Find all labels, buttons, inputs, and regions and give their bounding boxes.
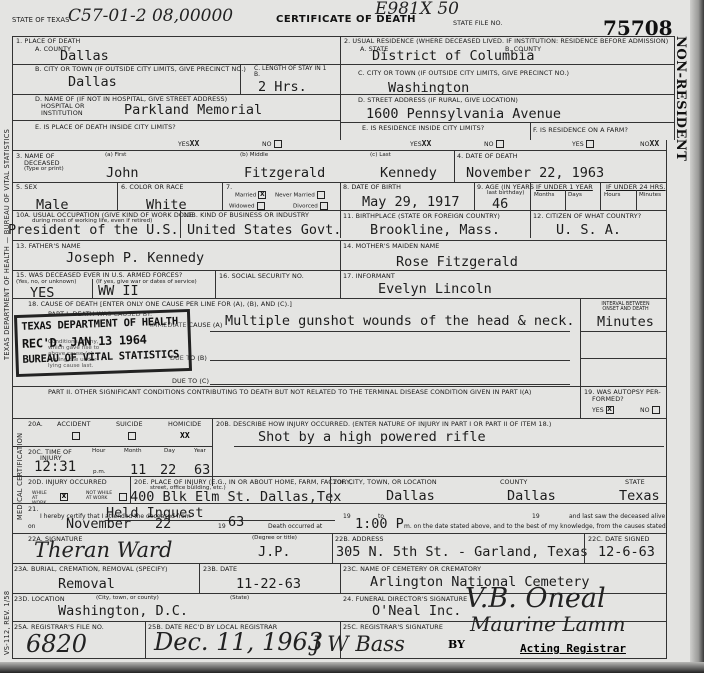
funeral-director-signature: V.B. Oneal [465,585,606,612]
address-label: 22b. ADDRESS [335,536,384,542]
degree: J.P. [258,546,291,560]
cause-label: 18. CAUSE OF DEATH [Enter only one cause… [28,301,292,307]
certification-label: 21. [28,506,38,512]
sex-label: 5. SEX [16,184,37,190]
state-file-label: STATE FILE NO. [453,20,502,26]
registrar-date: Dec. 11, 1963 [154,630,323,654]
manner-label: 20a. [28,421,43,427]
received-stamp: TEXAS DEPARTMENT OF HEALTH REC'D. JAN 13… [14,309,192,377]
month-label: Month [124,449,142,455]
city-label: b. CITY OR TOWN (If outside city limits,… [35,66,246,72]
nineteen-label-3: 19 [218,524,226,530]
not-while-at-work-checkbox [119,493,127,501]
funeral-director: O'Neal Inc. [372,605,461,619]
part2-label: PART II. OTHER SIGNIFICANT CONDITIONS CO… [48,389,532,395]
suicide-label: SUICIDE [116,421,143,427]
location-sub: (City, town, or county) [96,596,159,602]
stamp-line-3: BUREAU OF VITAL STATISTICS [22,348,179,365]
res-inside-limits-no: NO [484,140,504,148]
name-label-3: (Type or print) [24,167,64,173]
married-option: MarriedX [235,191,266,199]
length-of-stay-label: c. LENGTH OF STAY in 1 b. [254,66,334,79]
last-name: Kennedy [380,167,437,181]
accident-label: ACCIDENT [57,421,91,427]
disposition-label: 23a. BURIAL, CREMATION, REMOVAL (Specify… [14,566,168,572]
paper-edge [690,0,704,673]
not-while-at-work-label: NOT WHILE AT WORK [86,492,114,502]
marital-label: 7. [226,184,232,190]
accident-checkbox [72,432,80,440]
res-farm-no: NOXX [640,140,659,148]
interval: Minutes [597,316,654,330]
nineteen-label-1: 19 [343,514,351,520]
length-of-stay: 2 Hrs. [258,81,307,95]
saw-alive-text: and last saw the deceased alive [569,514,665,520]
homicide-mark: XX [180,431,190,440]
res-street-label: d. STREET ADDRESS (If rural, give locati… [358,97,518,103]
on-label: on [28,524,35,530]
race-label: 6. COLOR OR RACE [121,184,184,190]
hospital-label-3: INSTITUTION [41,110,83,116]
state-label: STATE OF TEXAS [12,17,70,24]
war-service: WW II [98,285,139,299]
burial-date-label: 23b. DATE [203,566,237,572]
autopsy-yes: YESX [592,406,614,414]
injury-county-label: COUNTY [500,479,527,485]
date-of-birth: May 29, 1917 [362,196,460,210]
informant: Evelyn Lincoln [378,283,492,297]
homicide-label: HOMICIDE [168,421,201,427]
injury-city: Dallas [386,490,435,504]
first-name: John [106,167,139,181]
mother-name: Rose Fitzgerald [396,256,518,270]
certification-year: 63 [228,516,244,530]
res-inside-limits-yes: YESXX [410,140,431,148]
stamp-line-1: TEXAS DEPARTMENT OF HEALTH [21,315,178,332]
middle-name: Fitzgerald [244,167,325,181]
death-county: Dallas [60,50,109,64]
hospital-name: Parkland Memorial [124,104,262,118]
day-label: Day [164,449,175,455]
injury-occurred-label: 20d. INJURY OCCURRED [28,479,107,485]
degree-label: (Degree or title) [252,536,297,542]
first-name-label: (a) First [105,153,126,159]
cemetery-label: 23c. NAME OF CEMETERY OR CREMATORY [343,566,481,572]
acting-registrar: Acting Registrar [520,642,626,655]
nineteen-label-2: 19 [532,514,540,520]
stated-text: m. on the date stated above, and to the … [404,524,668,530]
registrar-signature-label: 25c. REGISTRAR'S SIGNATURE [343,624,443,630]
form-id: VS-112, REV. 1/58 [3,591,11,655]
registrar-file-number: 6820 [26,632,87,656]
funeral-label: 24. FUNERAL DIRECTOR'S SIGNATURE [343,596,467,602]
injury-state-label: STATE [625,479,645,485]
non-resident-stamp: NON-RESIDENT [673,36,688,161]
death-time: 1:00 P [355,518,404,532]
middle-name-label: (b) Middle [240,153,268,159]
physician-signature: Theran Ward [34,540,172,561]
months-label: Months [534,193,554,199]
business: United States Govt. [187,224,341,238]
hour-label: Hour [92,449,105,455]
death-city: Dallas [68,76,117,90]
injury-county: Dallas [507,490,556,504]
date-signed-label: 22c. DATE SIGNED [588,536,650,542]
burial-date: 11-22-63 [236,578,301,592]
date-signed: 12-6-63 [598,546,655,560]
location-label: 23d. LOCATION [14,596,65,602]
res-farm-yes: YES [572,140,594,148]
injury-city-label: 20f. CITY, TOWN, OR LOCATION [333,479,437,485]
date-of-death-label: 4. DATE OF DEATH [457,153,518,159]
residence-state: District of Columbia [372,50,535,64]
res-inside-limits-label: e. IS RESIDENCE INSIDE CITY LIMITS? [362,125,484,131]
injury-description: Shot by a high powered rifle [258,431,486,445]
describe-label: 20b. DESCRIBE HOW INJURY OCCURRED. (Ente… [216,421,551,427]
stamp-line-2: REC'D. JAN 13 1964 [22,332,147,350]
citizen: U. S. A. [556,224,621,238]
suicide-checkbox [128,432,136,440]
registrar-signature: J W Bass [312,634,405,655]
autopsy-label-2: FORMED? [592,396,624,402]
birthplace-label: 11. BIRTHPLACE (State or foreign country… [343,213,500,219]
business-label: 10b. KIND OF BUSINESS OR INDUSTRY [183,212,309,218]
cause-a: Multiple gunshot wounds of the head & ne… [225,315,575,329]
year-label: Year [194,449,206,455]
issuing-department: TEXAS DEPARTMENT OF HEALTH — BUREAU OF V… [3,129,11,360]
birthplace: Brookline, Mass. [370,224,500,238]
occupation: President of the U.S. [8,224,179,238]
place-of-death-label: 1. PLACE OF DEATH [16,38,80,44]
death-occurred-text: Death occurred at [268,524,322,530]
due-to-c-label: DUE TO (c) [172,378,209,384]
date-of-death: November 22, 1963 [466,167,604,181]
mother-label: 14. MOTHER'S MAIDEN NAME [343,243,439,249]
death-inside-limits-no: NO [262,140,282,148]
while-at-work-checkbox: X [60,493,68,501]
res-city-label: c. CITY OR TOWN (If outside city limits,… [358,70,569,76]
hours-label: Hours [604,193,620,199]
days-label: Days [568,193,582,199]
inside-limits-label: e. IS PLACE OF DEATH INSIDE CITY LIMITS? [35,124,176,130]
minutes-label: Minutes [639,193,661,199]
certification-day: 22 [155,518,171,532]
armed-forces-label: 15. WAS DECEASED EVER IN U.S. ARMED FORC… [16,272,182,278]
res-farm-label: f. IS RESIDENCE ON A FARM? [533,127,628,133]
interval-label: INTERVAL BETWEEN ONSET AND DEATH [598,302,653,312]
disposition: Removal [58,578,115,592]
by-label: BY [448,638,465,651]
deputy-registrar-signature: Maurine Lamm [470,614,625,634]
physician-address: 305 N. 5th St. - Garland, Texas [336,546,588,560]
never-married-option: Never Married [275,191,325,199]
burial-location: Washington, D.C. [58,605,188,619]
death-inside-limits-yes: YESXX [178,140,199,148]
father-label: 13. FATHER'S NAME [16,243,81,249]
injury-state: Texas [619,490,660,504]
usual-residence-label: 2. USUAL RESIDENCE (Where deceased lived… [344,38,668,44]
bottom-shadow [0,662,704,673]
citizen-label: 12. CITIZEN OF WHAT COUNTRY? [533,213,641,219]
handwritten-code-right: E981X 50 [375,1,459,18]
ampm: p.m. [93,470,106,476]
father-name: Joseph P. Kennedy [66,252,204,266]
date-of-birth-label: 8. DATE OF BIRTH [343,184,401,190]
handwritten-code-left: C57-01-2 08,00000 [68,8,233,25]
residence-street: 1600 Pennsylvania Avenue [366,108,561,122]
informant-label: 17. INFORMANT [343,273,395,279]
time-of-injury: 12:31 [34,460,76,474]
ssn-label: 16. SOCIAL SECURITY NO. [219,273,304,279]
state-sub: (State) [230,596,249,602]
autopsy-no: NO [640,406,660,414]
last-name-label: (c) Last [370,153,391,159]
certification-month: November [66,518,131,532]
